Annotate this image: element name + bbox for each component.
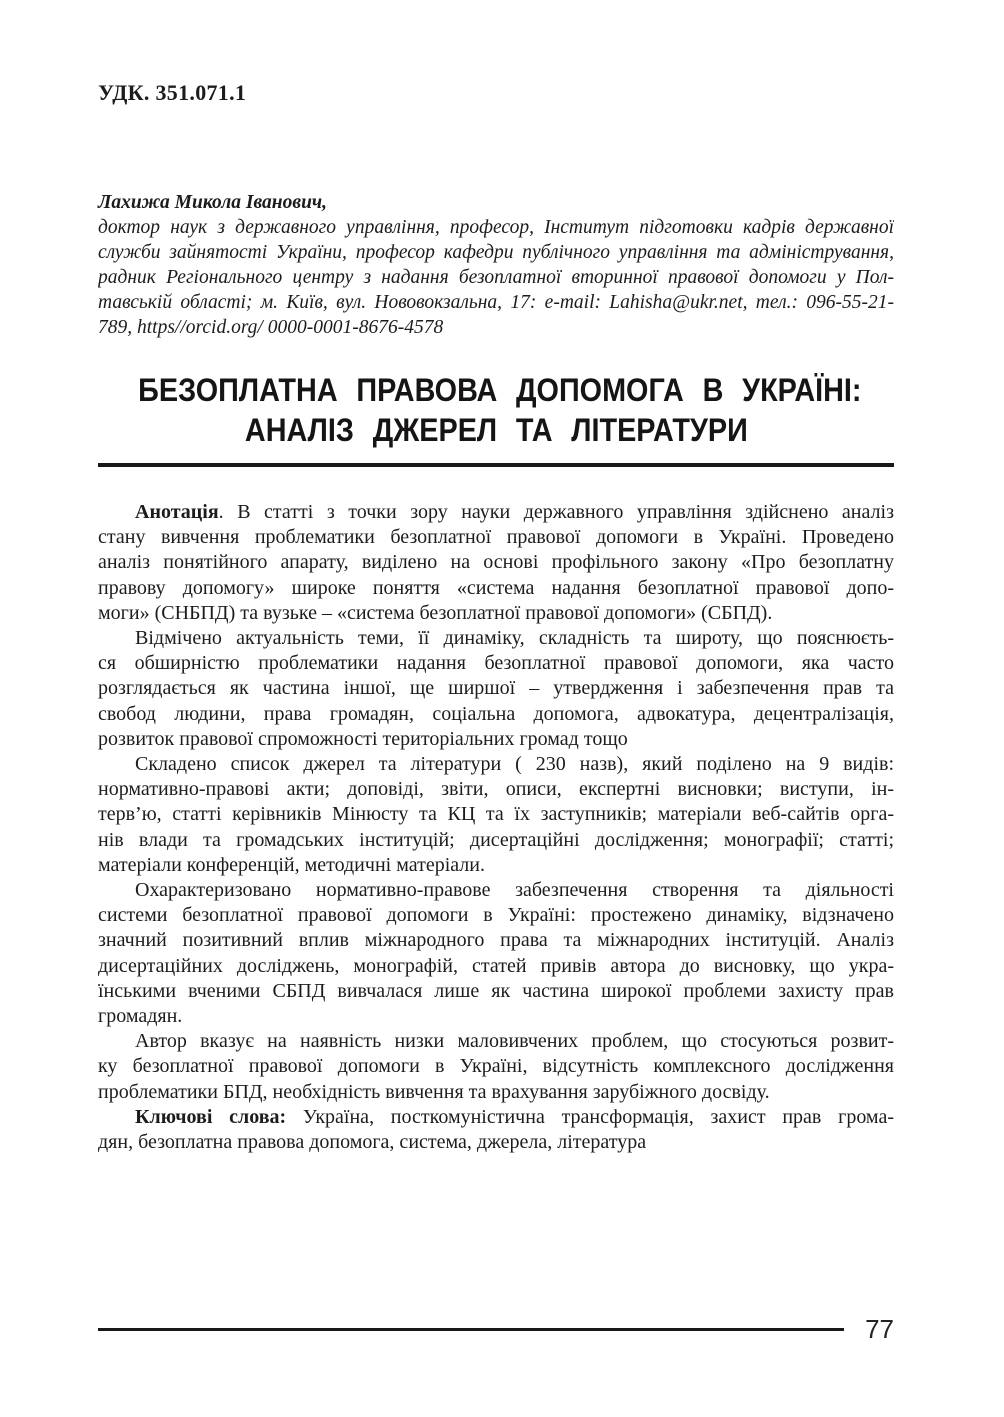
article-title-line-2: АНАЛІЗ ДЖЕРЕЛ ТА ЛІТЕРАТУРИ (98, 410, 894, 450)
text-line: ку безоплатної правової допомоги в Украї… (98, 1054, 894, 1079)
text-line: аналіз понятійного апарату, виділено на … (98, 550, 894, 575)
bold-run: Ключові слова: (135, 1106, 286, 1128)
paragraph: Охарактеризовано нормативно-правове забе… (98, 878, 894, 1029)
text-line: значний позитивний вплив міжнародного пр… (98, 928, 894, 953)
paragraph: Ключові слова: Україна, посткомуністична… (98, 1105, 894, 1155)
text-line: радник Регіонального центру з надання бе… (98, 265, 894, 290)
article-title-text: АНАЛІЗ ДЖЕРЕЛ ТА ЛІТЕРАТУРИ (245, 410, 748, 450)
text-line: ся обширністю проблематики надання безоп… (98, 651, 894, 676)
text-line: дян, безоплатна правова допомога, систем… (98, 1130, 894, 1155)
author-affiliation: доктор наук з державного управління, про… (98, 215, 894, 340)
text-line: Охарактеризовано нормативно-правове забе… (98, 878, 894, 903)
text-line: Складено список джерел та літератури ( 2… (98, 752, 894, 777)
paragraph: Анотація. В статті з точки зору науки де… (98, 500, 894, 626)
author-block: Лахижа Микола Іванович, доктор наук з де… (98, 190, 894, 340)
abstract-section: Анотація. В статті з точки зору науки де… (98, 500, 894, 1155)
page-number: 77 (865, 1315, 894, 1343)
text-line: 789, https//orcid.org/ 0000-0001-8676-45… (98, 315, 894, 340)
text-line: проблематики БПД, необхідність вивчення … (98, 1080, 894, 1105)
text-line: Відмічено актуальність теми, її динаміку… (98, 626, 894, 651)
author-name: Лахижа Микола Іванович, (98, 190, 894, 215)
text-line: доктор наук з державного управління, про… (98, 215, 894, 240)
article-title-line-1: БЕЗОПЛАТНА ПРАВОВА ДОПОМОГА В УКРАЇНІ: (98, 370, 894, 410)
text-line: Ключові слова: Україна, посткомуністична… (98, 1105, 894, 1130)
paragraph: Відмічено актуальність теми, її динаміку… (98, 626, 894, 752)
text-line: громадян. (98, 1004, 894, 1029)
article-title-text: БЕЗОПЛАТНА ПРАВОВА ДОПОМОГА В УКРАЇНІ: (138, 370, 861, 410)
text-line: нів влади та громадських інституцій; дис… (98, 828, 894, 853)
document-page: УДК. 351.071.1 Лахижа Микола Іванович, д… (0, 0, 1004, 1417)
paragraph: Складено список джерел та літератури ( 2… (98, 752, 894, 878)
article-title: БЕЗОПЛАТНА ПРАВОВА ДОПОМОГА В УКРАЇНІ: А… (98, 370, 894, 450)
text-line: розвиток правової спроможності територіа… (98, 727, 894, 752)
text-line: Автор вказує на наявність низки маловивч… (98, 1029, 894, 1054)
udc-code: УДК. 351.071.1 (98, 80, 246, 106)
text-line: нормативно-правові акти; доповіді, звіти… (98, 777, 894, 802)
title-rule (98, 463, 894, 467)
text-line: їнськими вченими СБПД вивчалася лише як … (98, 979, 894, 1004)
text-line: правову допомогу» широке поняття «систем… (98, 576, 894, 601)
text-line: стану вивчення проблематики безоплатної … (98, 525, 894, 550)
text-line: свобод людини, права громадян, соціальна… (98, 702, 894, 727)
text-line: Анотація. В статті з точки зору науки де… (98, 500, 894, 525)
text-line: тавській області; м. Київ, вул. Нововокз… (98, 290, 894, 315)
paragraph: Автор вказує на наявність низки маловивч… (98, 1029, 894, 1105)
bold-run: Анотація (135, 501, 219, 523)
text-line: розглядається як частина іншої, ще ширшо… (98, 676, 894, 701)
text-line: дисертаційних досліджень, монографій, ст… (98, 954, 894, 979)
text-line: терв’ю, статті керівників Мінюсту та КЦ … (98, 802, 894, 827)
page-footer: 77 (98, 1315, 894, 1343)
text-line: матеріали конференцій, методичні матеріа… (98, 853, 894, 878)
text-line: моги» (СНБПД) та вузьке – «система безоп… (98, 601, 894, 626)
text-line: системи безоплатної правової допомоги в … (98, 903, 894, 928)
text-line: служби зайнятості України, професор кафе… (98, 240, 894, 265)
footer-rule (98, 1328, 844, 1331)
